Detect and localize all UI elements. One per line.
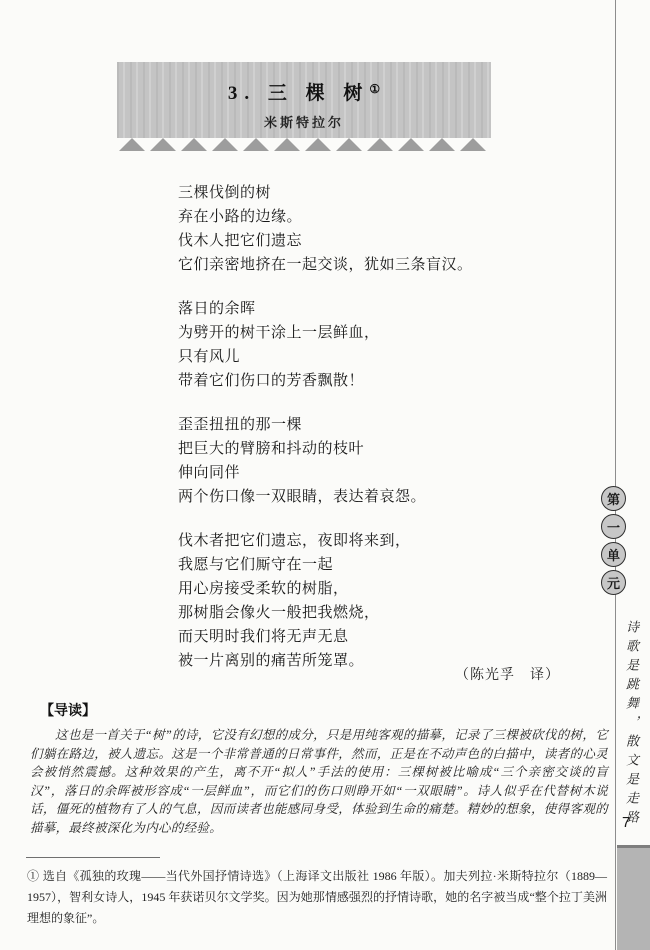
reading-guide-text: 这也是一首关于“树”的诗，它没有幻想的成分，只是用纯客观的描摹，记录了三棵被砍伐… — [30, 726, 608, 837]
poem-author: 米斯特拉尔 — [117, 112, 491, 131]
poem-line: 我愿与它们厮守在一起 — [178, 553, 578, 577]
poem-line: 用心房接受柔软的树脂， — [178, 577, 578, 601]
footnote: ① 选自《孤独的玫瑰——当代外国抒情诗选》（上海译文出版社 1986 年版）。加… — [27, 866, 607, 929]
unit-char-circle: 第 — [601, 486, 626, 511]
reading-guide-heading: 【导读】 — [40, 700, 608, 720]
zigzag-border — [117, 138, 491, 151]
poem-stanza-1: 三棵伐倒的树 弃在小路的边缘。 伐木人把它们遗忘 它们亲密地挤在一起交谈，犹如三… — [178, 181, 578, 277]
page-number: 7 — [622, 814, 630, 831]
poem-title-box: 3. 三 棵 树① 米斯特拉尔 — [117, 62, 491, 138]
unit-char-circle: 单 — [601, 542, 626, 567]
poem-line: 它们亲密地挤在一起交谈，犹如三条盲汉。 — [178, 253, 578, 277]
poem-line: 那树脂会像火一般把我燃烧， — [178, 601, 578, 625]
poem-line: 伸向同伴 — [178, 461, 578, 485]
unit-char-circle: 元 — [601, 570, 626, 595]
page-edge-tab — [617, 845, 650, 950]
translator-credit: （陈光孚 译） — [330, 664, 560, 684]
poem-line: 伐木人把它们遗忘 — [178, 229, 578, 253]
right-vertical-rule — [615, 0, 616, 950]
poem-line: 把巨大的臂膀和抖动的枝叶 — [178, 437, 578, 461]
textbook-page: 3. 三 棵 树① 米斯特拉尔 三棵伐倒的树 弃在小路的边缘。 伐木人把它们遗忘… — [0, 0, 650, 950]
footnote-separator — [26, 857, 160, 858]
poem-stanza-4: 伐木者把它们遗忘，夜即将来到， 我愿与它们厮守在一起 用心房接受柔软的树脂， 那… — [178, 529, 578, 673]
poem-line: 两个伤口像一双眼睛，表达着哀怨。 — [178, 485, 578, 509]
reading-guide-section: 【导读】 这也是一首关于“树”的诗，它没有幻想的成分，只是用纯客观的描摹，记录了… — [30, 700, 608, 837]
poem-line: 带着它们伤口的芳香飘散！ — [178, 369, 578, 393]
poem-title-text: 3. 三 棵 树 — [228, 83, 370, 104]
poem-stanza-2: 落日的余晖 为劈开的树干涂上一层鲜血， 只有风儿 带着它们伤口的芳香飘散！ — [178, 297, 578, 393]
footnote-marker: ① — [27, 869, 39, 883]
poem-line: 伐木者把它们遗忘，夜即将来到， — [178, 529, 578, 553]
poem-line: 弃在小路的边缘。 — [178, 205, 578, 229]
footnote-text: 选自《孤独的玫瑰——当代外国抒情诗选》（上海译文出版社 1986 年版）。加夫列… — [27, 869, 607, 925]
poem-stanza-3: 歪歪扭扭的那一棵 把巨大的臂膀和抖动的枝叶 伸向同伴 两个伤口像一双眼睛，表达着… — [178, 413, 578, 509]
footnote-ref-mark: ① — [369, 82, 380, 96]
poem-title: 3. 三 棵 树① — [117, 62, 491, 105]
poem-line: 落日的余晖 — [178, 297, 578, 321]
poem-line: 为劈开的树干涂上一层鲜血， — [178, 321, 578, 345]
poem-line: 只有风儿 — [178, 345, 578, 369]
unit-char-circle: 一 — [601, 514, 626, 539]
unit-tab: 第 一 单 元 — [601, 486, 626, 598]
poem-line: 三棵伐倒的树 — [178, 181, 578, 205]
poem-line: 而天明时我们将无声无息 — [178, 625, 578, 649]
poem-body: 三棵伐倒的树 弃在小路的边缘。 伐木人把它们遗忘 它们亲密地挤在一起交谈，犹如三… — [178, 181, 578, 693]
poem-line: 歪歪扭扭的那一棵 — [178, 413, 578, 437]
